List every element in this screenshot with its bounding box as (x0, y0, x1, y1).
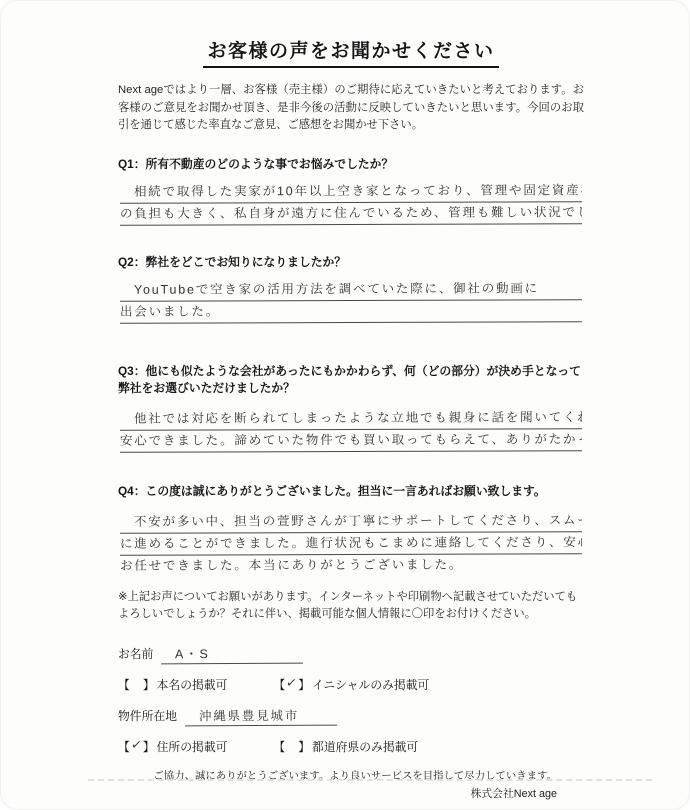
location-field-row: 物件所在地 沖縄県豊見城市 (118, 706, 584, 726)
company-name: 株式会社Next age (118, 786, 557, 802)
q2-answer-line-1: YouTubeで空き家の活用方法を調べていた際に、御社の動画に (120, 278, 582, 302)
question-q2-answer: YouTubeで空き家の活用方法を調べていた際に、御社の動画に 出会いました。 (118, 279, 584, 323)
page-title-text: お客様の声をお聞かせください (203, 36, 498, 68)
page-title: お客様の声をお聞かせください (118, 36, 584, 68)
checkbox-full-address-label: 住所の掲載可 (157, 738, 228, 755)
intro-text: Next ageではより一層、お客様（売主様）のご期待に応えていきたいと考えてお… (118, 82, 584, 135)
address-publication-options: 【✓】住所の掲載可 【】都道府県のみ掲載可 (118, 738, 584, 755)
question-q1: Q1：所有不動産のどのような事でお悩みでしたか？ 相続で取得した実家が10年以上… (118, 156, 584, 225)
checkmark-initials-only: ✓ (284, 674, 299, 692)
checkmark-full-address: ✓ (129, 736, 144, 754)
question-q1-label: Q1：所有不動産のどのような事でお悩みでしたか？ (118, 156, 584, 173)
location-field-label: 物件所在地 (118, 707, 177, 726)
closing-block: ご協力、誠にありがとうございます。より良いサービスを目指して尽力していきます。 … (118, 769, 584, 802)
bracket-open: 【 (118, 676, 130, 693)
bracket-open: 【 (273, 738, 285, 755)
bracket-close: 】 (298, 676, 310, 693)
q4-answer-line-2: に進めることができました。進行状況もこまめに連絡してくださり、安心して (120, 532, 582, 556)
question-q3-answer: 他社では対応を断られてしまったような立地でも親身に話を聞いてくれ 安心できました… (118, 408, 584, 452)
bracket-close: 】 (143, 676, 155, 693)
scanned-feedback-form: お客様の声をお聞かせください Next ageではより一層、お客様（売主様）のご… (0, 0, 690, 810)
name-publication-options: 【】本名の掲載可 【✓】イニシャルのみ掲載可 (118, 676, 584, 693)
name-field-label: お名前 (118, 645, 153, 664)
q3-answer-line-1: 他社では対応を断られてしまったような立地でも親身に話を聞いてくれ (120, 407, 582, 431)
name-field-value: A・S (175, 647, 210, 661)
form-content: お客様の声をお聞かせください Next ageではより一層、お客様（売主様）のご… (0, 0, 690, 802)
closing-message: ご協力、誠にありがとうございます。より良いサービスを目指して尽力していきます。 (118, 769, 557, 784)
checkbox-prefecture-only-label: 都道府県のみ掲載可 (312, 738, 418, 755)
checkbox-real-name: 【】本名の掲載可 (118, 676, 227, 693)
q2-answer-line-2: 出会いました。 (120, 300, 582, 324)
q1-answer-line-2: の負担も大きく、私自身が遠方に住んでいるため、管理も難しい状況でした。 (120, 202, 582, 226)
checkmark-prefecture-only (285, 744, 298, 746)
question-q2: Q2：弊社をどこでお知りになりましたか？ YouTubeで空き家の活用方法を調べ… (118, 254, 584, 323)
checkbox-initials-only-label: イニシャルのみ掲載可 (312, 676, 429, 693)
scan-artifact-line (88, 779, 652, 781)
name-field-row: お名前 A・S (118, 644, 584, 664)
checkbox-full-address: 【✓】住所の掲載可 (118, 738, 227, 755)
question-q4: Q4：この度は誠にありがとうございました。担当に一言あればお願い致します。 不安… (118, 483, 584, 576)
name-field-value-line: A・S (161, 643, 303, 664)
checkbox-real-name-label: 本名の掲載可 (157, 676, 228, 693)
question-q3: Q3：他にも似たような会社があったにもかかわらず、何（どの部分）が決め手となって… (118, 363, 584, 452)
location-field-value: 沖縄県豊見城市 (199, 708, 299, 723)
q3-answer-line-2: 安心できました。諦めていた物件でも買い取ってもらえて、ありがたかったです。 (120, 429, 582, 453)
q1-answer-line-1: 相続で取得した実家が10年以上空き家となっており、管理や固定資産税 (120, 180, 582, 204)
q4-answer-line-3: お任せできました。本当にありがとうございました。 (120, 554, 582, 577)
question-q2-label: Q2：弊社をどこでお知りになりましたか？ (118, 254, 584, 271)
question-q4-label: Q4：この度は誠にありがとうございました。担当に一言あればお願い致します。 (118, 483, 584, 500)
bracket-close: 】 (298, 738, 310, 755)
checkbox-prefecture-only: 【】都道府県のみ掲載可 (273, 738, 418, 755)
checkbox-initials-only: 【✓】イニシャルのみ掲載可 (273, 676, 429, 693)
bracket-close: 】 (143, 738, 155, 755)
question-q3-label: Q3：他にも似たような会社があったにもかかわらず、何（どの部分）が決め手となって… (118, 363, 584, 397)
publication-consent-note: ※上記お声についてお願いがあります。インターネットや印刷物へ記載させていただいて… (118, 589, 584, 624)
question-q1-answer: 相続で取得した実家が10年以上空き家となっており、管理や固定資産税 の負担も大き… (118, 181, 584, 225)
q4-answer-line-1: 不安が多い中、担当の萱野さんが丁寧にサポートしてくださり、スムーズ (120, 510, 582, 534)
question-q4-answer: 不安が多い中、担当の萱野さんが丁寧にサポートしてくださり、スムーズ に進めること… (118, 511, 584, 576)
location-field-value-line: 沖縄県豊見城市 (185, 705, 337, 726)
checkmark-real-name (130, 682, 143, 684)
